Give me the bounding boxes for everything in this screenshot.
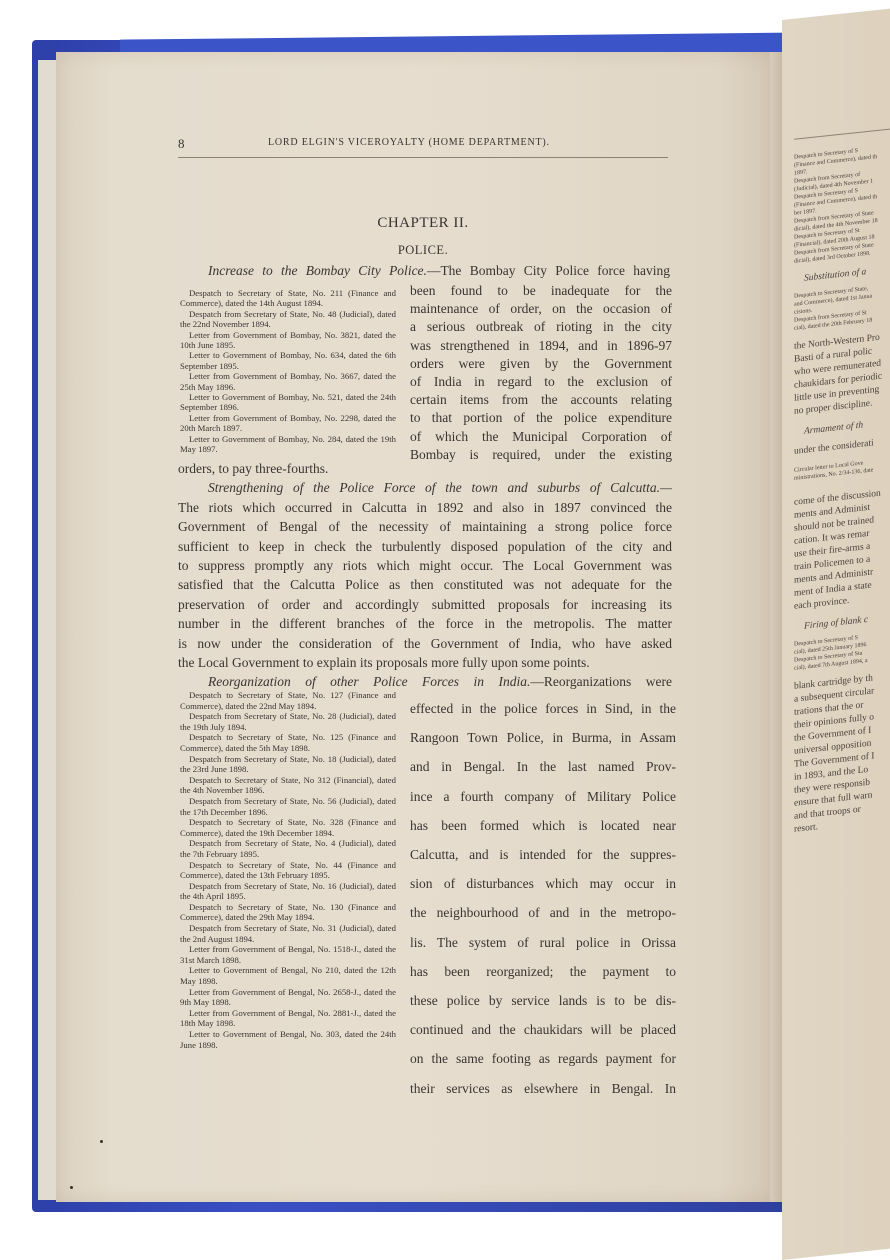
paragraph3-column: effected in the police forces in Sind, i… bbox=[410, 694, 676, 1103]
paragraph3-heading: Reorganization of other Police Forces in… bbox=[208, 674, 530, 689]
chapter-title: CHAPTER II. bbox=[178, 215, 668, 232]
page-number: 8 bbox=[178, 136, 185, 152]
right-page-head-rule bbox=[794, 127, 890, 140]
paragraph2-block: orders, to pay three-fourths. Strengthen… bbox=[178, 459, 672, 692]
right-page-notes-firing: Despatch to Secretary of S cial), dated … bbox=[794, 629, 890, 673]
running-head-rule bbox=[178, 157, 668, 158]
margin-note: Despatch to Secretary of State, No. 130 … bbox=[180, 902, 396, 923]
paragraph1-closing-line: orders, to pay three-fourths. bbox=[178, 459, 672, 478]
margin-note: Letter to Government of Bombay, No. 634,… bbox=[180, 350, 396, 371]
margin-note: Letter from Government of Bombay, No. 36… bbox=[180, 371, 396, 392]
margin-notes-bombay: Despatch to Secretary of State, No. 211 … bbox=[180, 288, 396, 455]
right-page-heading-armament: Armament of th bbox=[804, 415, 890, 439]
margin-note: Despatch from Secretary of State, No. 4 … bbox=[180, 838, 396, 859]
paragraph1-heading: Increase to the Bombay City Police. bbox=[208, 263, 427, 278]
margin-note: Despatch to Secretary of State, No. 125 … bbox=[180, 732, 396, 753]
margin-note: Despatch from Secretary of State, No. 18… bbox=[180, 754, 396, 775]
margin-note: Despatch to Secretary of State, No. 211 … bbox=[180, 288, 396, 309]
section-title: POLICE. bbox=[178, 243, 668, 258]
right-page-text: Despatch to Secretary of S (Finance and … bbox=[794, 127, 890, 837]
right-page-heading-firing: Firing of blank c bbox=[804, 610, 890, 634]
margin-note: Despatch to Secretary of State, No. 44 (… bbox=[180, 860, 396, 881]
margin-note: Despatch from Secretary of State, No. 28… bbox=[180, 711, 396, 732]
margin-note: Despatch from Secretary of State, No. 16… bbox=[180, 881, 396, 902]
right-page-body-4: blank cartridge by th a subsequent circu… bbox=[794, 669, 890, 837]
margin-note: Letter from Government of Bombay, No. 38… bbox=[180, 330, 396, 351]
margin-note: Letter from Government of Bengal, No. 26… bbox=[180, 987, 396, 1008]
right-page-notes-mid: Despatch to Secretary of State, and Comm… bbox=[794, 281, 890, 333]
paragraph2-heading: Strengthening of the Police Force of the… bbox=[178, 478, 672, 497]
paragraph3-first-line: Reorganization of other Police Forces in… bbox=[178, 672, 672, 691]
paper-spot bbox=[70, 1186, 73, 1189]
paragraph1-first-line-text: —The Bombay City Police force having bbox=[427, 263, 670, 278]
right-page-notes-circular: Circular letter to Local Gove ministrati… bbox=[794, 455, 890, 483]
margin-note: Letter to Government of Bombay, No. 521,… bbox=[180, 392, 396, 413]
margin-note: Despatch from Secretary of State, No. 56… bbox=[180, 796, 396, 817]
margin-note: Despatch from Secretary of State, No. 31… bbox=[180, 923, 396, 944]
right-page-notes-top: Despatch to Secretary of S (Finance and … bbox=[794, 142, 890, 266]
margin-note: Despatch to Secretary of State, No. 127 … bbox=[180, 690, 396, 711]
margin-note: Despatch to Secretary of State, No. 328 … bbox=[180, 817, 396, 838]
paper-spot bbox=[100, 1140, 103, 1143]
margin-note: Letter from Government of Bengal, No. 28… bbox=[180, 1008, 396, 1029]
paragraph1-column: been found to be inadequate for the main… bbox=[410, 282, 672, 464]
paragraph1-first-line: Increase to the Bombay City Police.—The … bbox=[178, 263, 670, 279]
margin-notes-reorganization: Despatch to Secretary of State, No. 127 … bbox=[180, 690, 396, 1050]
running-head-title: LORD ELGIN'S VICEROYALTY (HOME DEPARTMEN… bbox=[268, 137, 550, 148]
right-page: Despatch to Secretary of S (Finance and … bbox=[782, 7, 890, 1260]
margin-note: Despatch from Secretary of State, No. 48… bbox=[180, 309, 396, 330]
margin-note: Letter from Government of Bombay, No. 22… bbox=[180, 413, 396, 434]
margin-note: Letter to Government of Bengal, No 210, … bbox=[180, 965, 396, 986]
running-head: 8 LORD ELGIN'S VICEROYALTY (HOME DEPARTM… bbox=[178, 136, 668, 156]
margin-note: Despatch to Secretary of State, No 312 (… bbox=[180, 775, 396, 796]
margin-note: Letter from Government of Bengal, No. 15… bbox=[180, 944, 396, 965]
right-page-body-3: come of the discussion ments and Adminis… bbox=[794, 485, 890, 614]
right-page-heading-substitution: Substitution of a bbox=[804, 262, 890, 286]
right-page-body-1: the North-Western Pro Basti of a rural p… bbox=[794, 329, 890, 419]
margin-note: Letter to Government of Bengal, No. 303,… bbox=[180, 1029, 396, 1050]
margin-note: Letter to Government of Bombay, No. 284,… bbox=[180, 434, 396, 455]
